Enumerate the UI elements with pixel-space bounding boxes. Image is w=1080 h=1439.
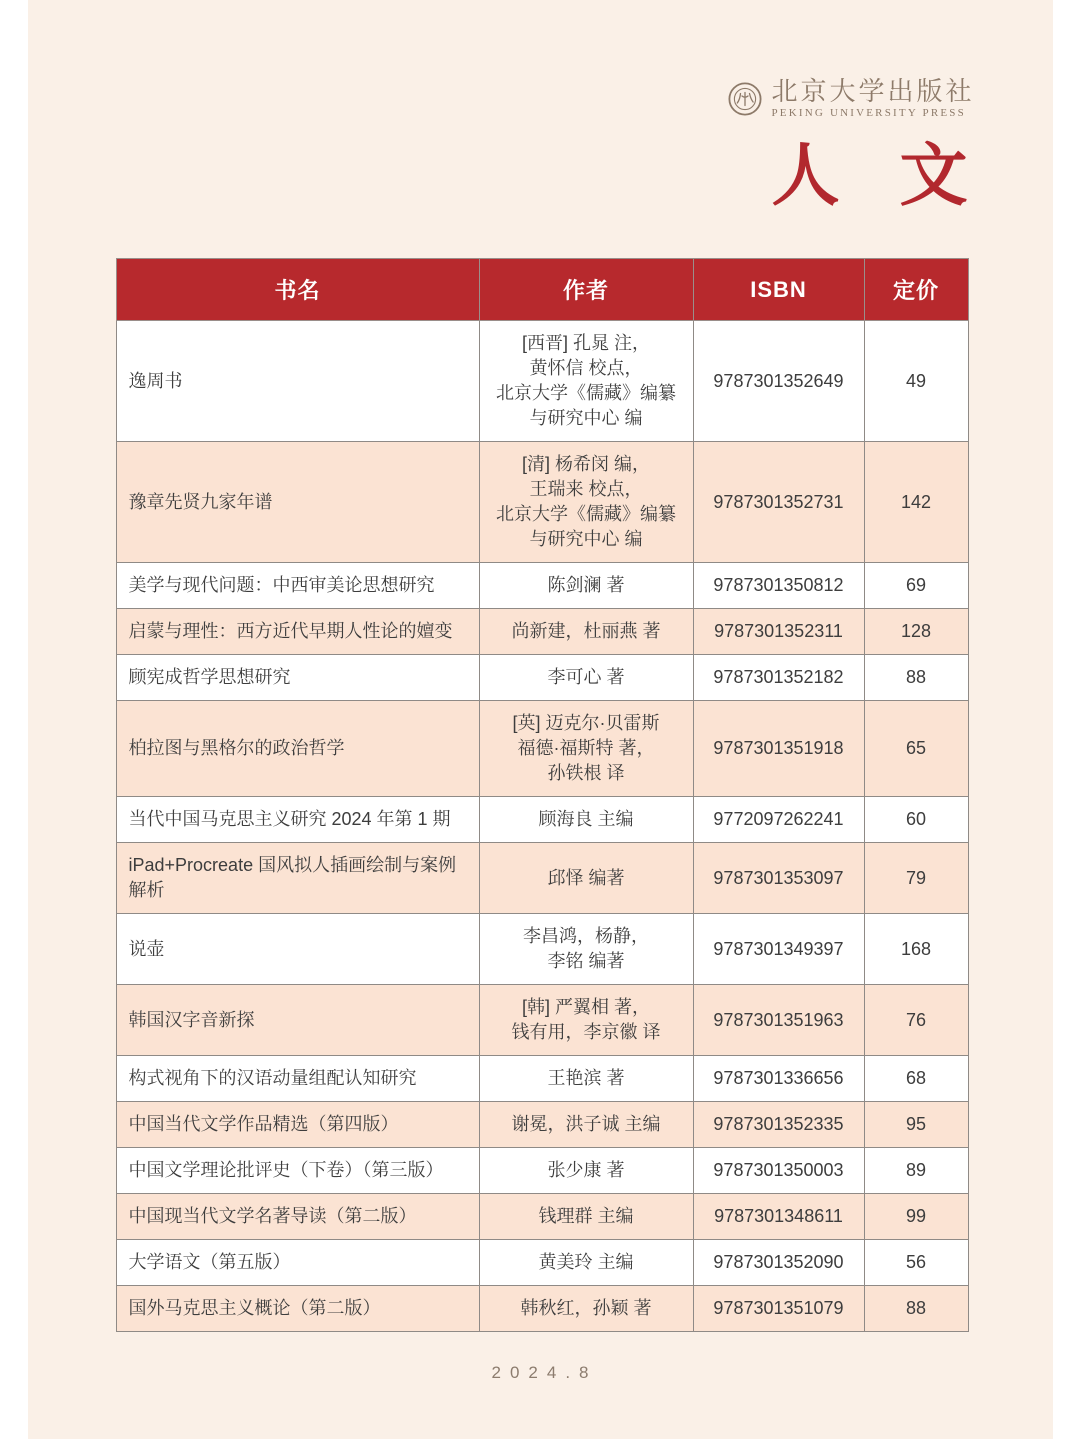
book-price-cell: 88	[864, 655, 968, 701]
footer-date: 2024.8	[28, 1363, 1053, 1383]
book-author-cell: [清] 杨希闵 编， 王瑞来 校点， 北京大学《儒藏》编纂 与研究中心 编	[479, 442, 693, 563]
book-title-cell: 大学语文（第五版）	[116, 1240, 479, 1286]
table-row: 柏拉图与黑格尔的政治哲学 [英] 迈克尔·贝雷斯 福德·福斯特 著， 孙铁根 译…	[116, 701, 968, 797]
publisher-name-cn: 北京大学出版社	[771, 78, 974, 105]
book-title-cell: 构式视角下的汉语动量组配认知研究	[116, 1056, 479, 1102]
book-isbn-cell: 9787301349397	[693, 914, 864, 985]
book-author-cell: [西晋] 孔晁 注， 黄怀信 校点， 北京大学《儒藏》编纂 与研究中心 编	[479, 321, 693, 442]
table-row: 逸周书 [西晋] 孔晁 注， 黄怀信 校点， 北京大学《儒藏》编纂 与研究中心 …	[116, 321, 968, 442]
book-title-cell: 启蒙与理性：西方近代早期人性论的嬗变	[116, 609, 479, 655]
book-price-cell: 88	[864, 1286, 968, 1332]
book-price-cell: 56	[864, 1240, 968, 1286]
table-row: 韩国汉字音新探 [韩] 严翼相 著， 钱有用，李京徽 译 97873013519…	[116, 985, 968, 1056]
book-table-body: 逸周书 [西晋] 孔晁 注， 黄怀信 校点， 北京大学《儒藏》编纂 与研究中心 …	[116, 321, 968, 1332]
section-title-char-1: 人	[771, 142, 839, 210]
book-author-cell: 张少康 著	[479, 1148, 693, 1194]
column-header-isbn: ISBN	[693, 259, 864, 321]
book-isbn-cell: 9787301351079	[693, 1286, 864, 1332]
book-author-cell: 顾海良 主编	[479, 797, 693, 843]
book-isbn-cell: 9787301336656	[693, 1056, 864, 1102]
book-isbn-cell: 9787301352335	[693, 1102, 864, 1148]
table-row: 构式视角下的汉语动量组配认知研究 王艳滨 著 9787301336656 68	[116, 1056, 968, 1102]
book-table-header: 书名 作者 ISBN 定价	[116, 259, 968, 321]
book-title-cell: 中国当代文学作品精选（第四版）	[116, 1102, 479, 1148]
book-title-cell: iPad+Procreate 国风拟人插画绘制与案例解析	[116, 843, 479, 914]
book-price-cell: 68	[864, 1056, 968, 1102]
table-row: 中国当代文学作品精选（第四版） 谢冕，洪子诚 主编 9787301352335 …	[116, 1102, 968, 1148]
table-row: 大学语文（第五版） 黄美玲 主编 9787301352090 56	[116, 1240, 968, 1286]
catalog-page: 北京大学出版社 PEKING UNIVERSITY PRESS 人 文 书名 作…	[28, 0, 1053, 1439]
table-row: 中国现当代文学名著导读（第二版） 钱理群 主编 9787301348611 99	[116, 1194, 968, 1240]
table-row: 启蒙与理性：西方近代早期人性论的嬗变 尚新建，杜丽燕 著 97873013523…	[116, 609, 968, 655]
book-author-cell: 钱理群 主编	[479, 1194, 693, 1240]
book-table: 书名 作者 ISBN 定价 逸周书 [西晋] 孔晁 注， 黄怀信 校点， 北京大…	[116, 258, 969, 1332]
header-row: 书名 作者 ISBN 定价	[116, 259, 968, 321]
book-isbn-cell: 9787301351918	[693, 701, 864, 797]
publisher-logo: 北京大学出版社 PEKING UNIVERSITY PRESS	[728, 78, 974, 119]
book-isbn-cell: 9787301352731	[693, 442, 864, 563]
book-author-cell: 韩秋红，孙颖 著	[479, 1286, 693, 1332]
table-row: 国外马克思主义概论（第二版） 韩秋红，孙颖 著 9787301351079 88	[116, 1286, 968, 1332]
book-price-cell: 76	[864, 985, 968, 1056]
book-isbn-cell: 9787301352649	[693, 321, 864, 442]
column-header-author: 作者	[479, 259, 693, 321]
column-header-title: 书名	[116, 259, 479, 321]
book-price-cell: 128	[864, 609, 968, 655]
book-title-cell: 顾宪成哲学思想研究	[116, 655, 479, 701]
book-title-cell: 中国文学理论批评史（下卷）（第三版）	[116, 1148, 479, 1194]
book-author-cell: 黄美玲 主编	[479, 1240, 693, 1286]
book-title-cell: 当代中国马克思主义研究 2024 年第 1 期	[116, 797, 479, 843]
book-isbn-cell: 9772097262241	[693, 797, 864, 843]
book-author-cell: [英] 迈克尔·贝雷斯 福德·福斯特 著， 孙铁根 译	[479, 701, 693, 797]
book-isbn-cell: 9787301350003	[693, 1148, 864, 1194]
book-author-cell: 邱怿 编著	[479, 843, 693, 914]
table-row: 中国文学理论批评史（下卷）（第三版） 张少康 著 9787301350003 8…	[116, 1148, 968, 1194]
book-price-cell: 95	[864, 1102, 968, 1148]
table-row: 说壶 李昌鸿，杨静， 李铭 编著 9787301349397 168	[116, 914, 968, 985]
publisher-name-en: PEKING UNIVERSITY PRESS	[771, 107, 965, 119]
section-title-char-2: 文	[899, 142, 967, 210]
book-price-cell: 69	[864, 563, 968, 609]
book-isbn-cell: 9787301353097	[693, 843, 864, 914]
column-header-price: 定价	[864, 259, 968, 321]
book-title-cell: 说壶	[116, 914, 479, 985]
book-author-cell: 王艳滨 著	[479, 1056, 693, 1102]
book-author-cell: [韩] 严翼相 著， 钱有用，李京徽 译	[479, 985, 693, 1056]
book-isbn-cell: 9787301352090	[693, 1240, 864, 1286]
book-isbn-cell: 9787301350812	[693, 563, 864, 609]
book-title-cell: 中国现当代文学名著导读（第二版）	[116, 1194, 479, 1240]
pku-seal-icon	[728, 82, 762, 116]
book-price-cell: 65	[864, 701, 968, 797]
book-title-cell: 豫章先贤九家年谱	[116, 442, 479, 563]
book-price-cell: 89	[864, 1148, 968, 1194]
table-row: iPad+Procreate 国风拟人插画绘制与案例解析 邱怿 编著 97873…	[116, 843, 968, 914]
book-author-cell: 李可心 著	[479, 655, 693, 701]
table-row: 美学与现代问题：中西审美论思想研究 陈剑澜 著 9787301350812 69	[116, 563, 968, 609]
book-price-cell: 142	[864, 442, 968, 563]
book-title-cell: 韩国汉字音新探	[116, 985, 479, 1056]
book-author-cell: 陈剑澜 著	[479, 563, 693, 609]
book-price-cell: 49	[864, 321, 968, 442]
table-row: 当代中国马克思主义研究 2024 年第 1 期 顾海良 主编 977209726…	[116, 797, 968, 843]
book-isbn-cell: 9787301352182	[693, 655, 864, 701]
book-price-cell: 79	[864, 843, 968, 914]
section-title: 人 文	[771, 142, 967, 210]
book-author-cell: 谢冕，洪子诚 主编	[479, 1102, 693, 1148]
book-isbn-cell: 9787301351963	[693, 985, 864, 1056]
book-isbn-cell: 9787301348611	[693, 1194, 864, 1240]
book-author-cell: 尚新建，杜丽燕 著	[479, 609, 693, 655]
book-title-cell: 国外马克思主义概论（第二版）	[116, 1286, 479, 1332]
publisher-name-block: 北京大学出版社 PEKING UNIVERSITY PRESS	[771, 78, 974, 119]
book-price-cell: 99	[864, 1194, 968, 1240]
book-isbn-cell: 9787301352311	[693, 609, 864, 655]
table-row: 顾宪成哲学思想研究 李可心 著 9787301352182 88	[116, 655, 968, 701]
book-price-cell: 60	[864, 797, 968, 843]
book-title-cell: 柏拉图与黑格尔的政治哲学	[116, 701, 479, 797]
book-title-cell: 逸周书	[116, 321, 479, 442]
table-row: 豫章先贤九家年谱 [清] 杨希闵 编， 王瑞来 校点， 北京大学《儒藏》编纂 与…	[116, 442, 968, 563]
book-author-cell: 李昌鸿，杨静， 李铭 编著	[479, 914, 693, 985]
book-price-cell: 168	[864, 914, 968, 985]
book-title-cell: 美学与现代问题：中西审美论思想研究	[116, 563, 479, 609]
